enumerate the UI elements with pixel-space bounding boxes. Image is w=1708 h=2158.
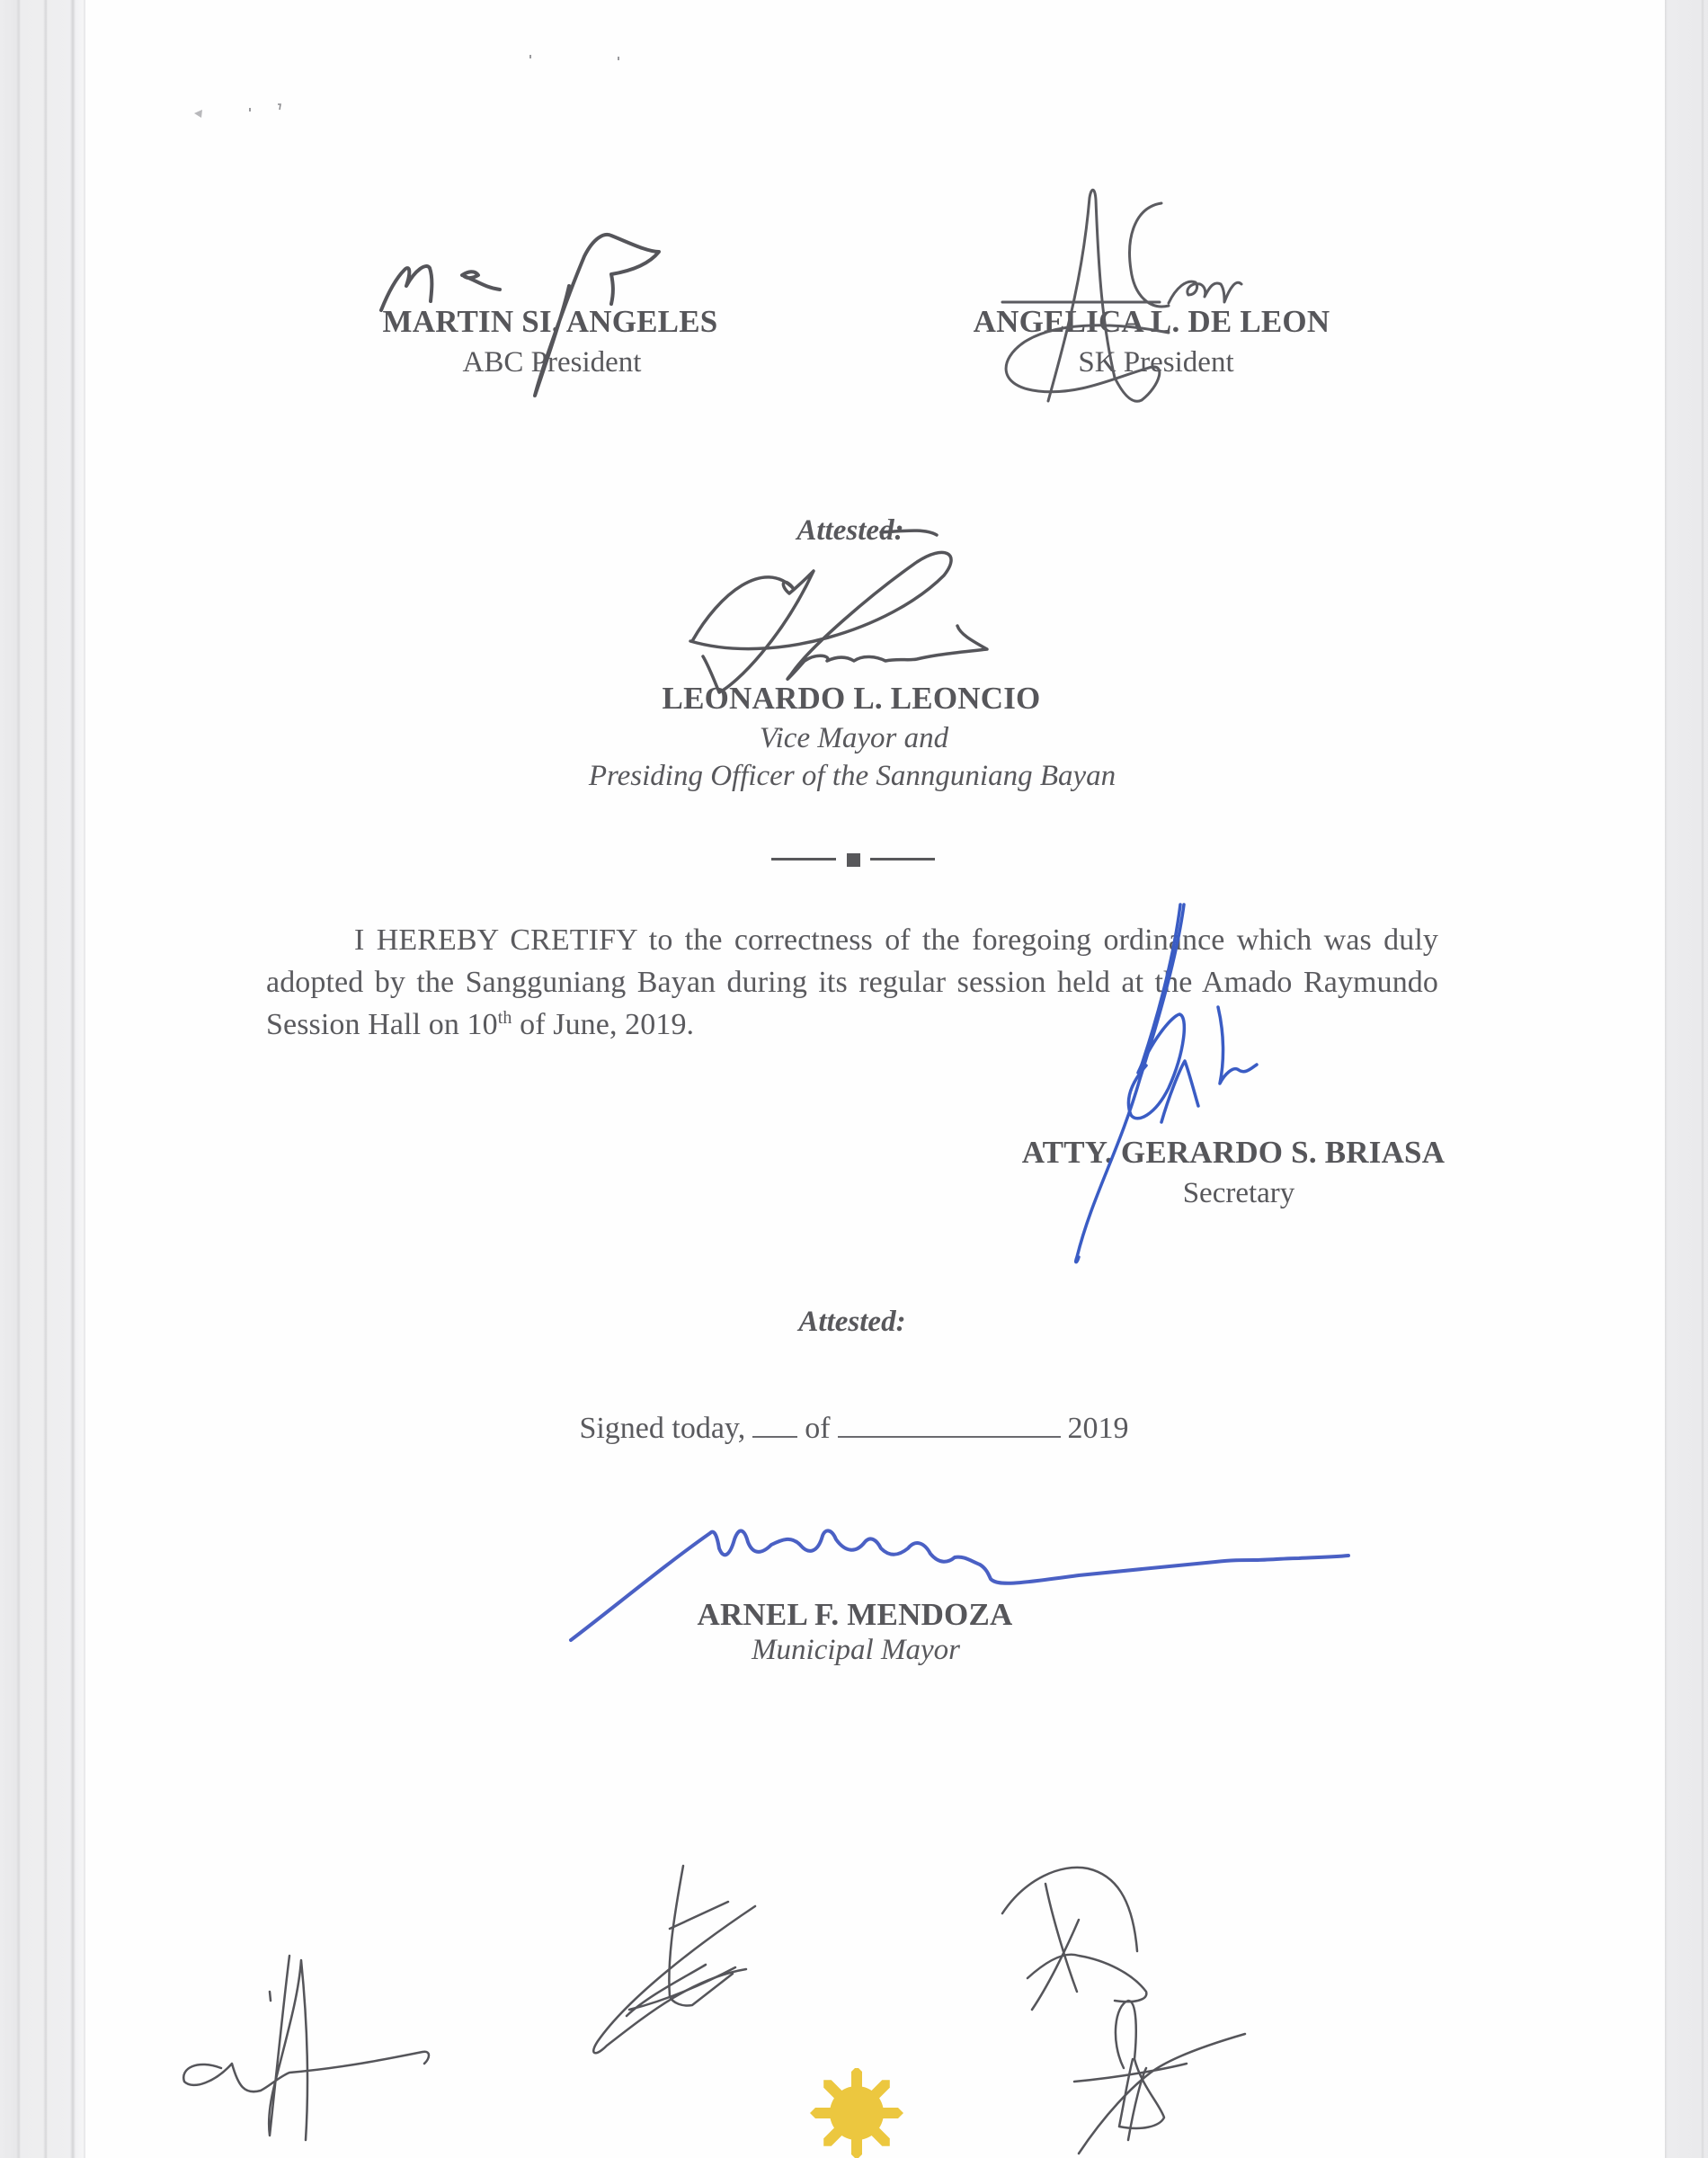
signed-today-prefix: Signed today, <box>579 1412 745 1445</box>
vice-mayor-name: LEONARDO L. LEONCIO <box>663 681 1041 717</box>
month-blank-field <box>838 1413 1061 1438</box>
mayor-title: Municipal Mayor <box>752 1634 960 1667</box>
signatory-name-sk-president: ANGELICA L. DE LEON <box>974 304 1330 340</box>
signatory-title-abc-president: ABC President <box>463 346 642 379</box>
vice-mayor-title-line2: Presiding Officer of the Sannguniang Bay… <box>589 760 1116 793</box>
divider-ornament-icon <box>771 852 935 865</box>
attested-label-vice-mayor: Attested: <box>796 514 903 548</box>
secretary-name: ATTY. GERARDO S. BRIASA <box>1022 1135 1445 1171</box>
day-blank-field <box>752 1413 797 1438</box>
page-stack-edge-right <box>1665 0 1708 2158</box>
signatory-name-abc-president: MARTIN SI. ANGELES <box>383 304 718 340</box>
sun-seal-icon <box>798 2068 915 2158</box>
vice-mayor-title-line1: Vice Mayor and <box>760 722 948 755</box>
signed-today-year: 2019 <box>1068 1412 1129 1445</box>
signed-today-line: Signed today,of2019 <box>0 1412 1708 1446</box>
scan-specks <box>0 0 1708 180</box>
document-page <box>85 0 1665 2158</box>
attested-label-mayor: Attested: <box>798 1306 905 1339</box>
certification-superscript: th <box>498 1008 512 1028</box>
signatory-title-sk-president: SK President <box>1078 346 1233 379</box>
certification-paragraph: I HEREBY CRETIFY to the correctness of t… <box>266 919 1438 1046</box>
certification-text-end: of June, 2019. <box>512 1008 695 1041</box>
signed-today-of: of <box>805 1412 830 1445</box>
secretary-title: Secretary <box>1183 1177 1295 1210</box>
page-stack-edge-left <box>0 0 85 2158</box>
certification-text: I HEREBY CRETIFY to the correctness of t… <box>266 923 1438 1041</box>
mayor-name: ARNEL F. MENDOZA <box>698 1597 1013 1633</box>
